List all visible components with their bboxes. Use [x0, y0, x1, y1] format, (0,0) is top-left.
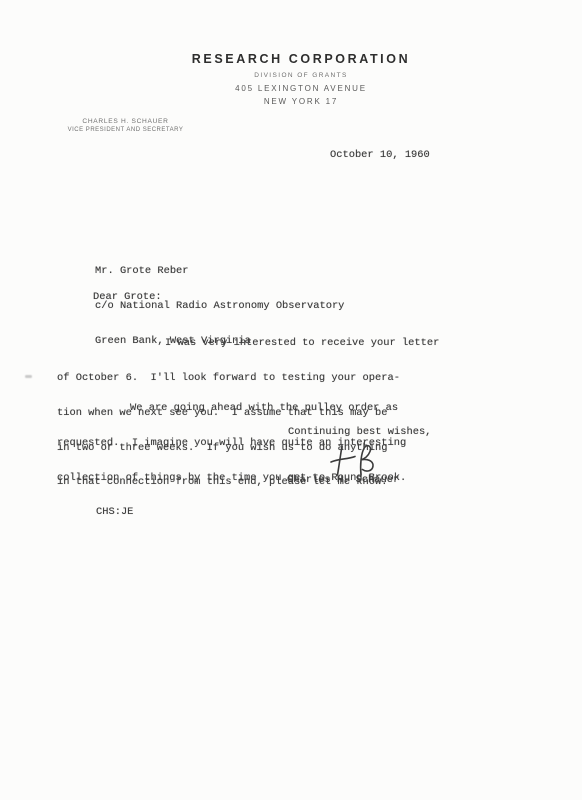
officer-title: VICE PRESIDENT AND SECRETARY	[48, 127, 203, 133]
letterhead: RESEARCH CORPORATION DIVISION OF GRANTS …	[0, 52, 582, 106]
division-line: DIVISION OF GRANTS	[20, 72, 582, 79]
date-line: October 10, 1960	[330, 150, 430, 162]
officer-name: CHARLES H. SCHAUER	[48, 118, 203, 125]
officer-block: CHARLES H. SCHAUER VICE PRESIDENT AND SE…	[48, 118, 203, 133]
scan-artifact	[25, 375, 32, 378]
organization-name: RESEARCH CORPORATION	[20, 52, 582, 66]
paragraph-line: I was very interested to receive your le…	[57, 338, 439, 350]
reference-initials: CHS:JE	[96, 507, 133, 519]
street-address: 405 LEXINGTON AVENUE	[20, 84, 582, 93]
closing-line: Continuing best wishes,	[288, 427, 431, 439]
signer-name: Charles H. Schauer	[287, 475, 399, 487]
city-line: NEW YORK 17	[20, 97, 582, 106]
salutation: Dear Grote:	[93, 292, 162, 304]
recipient-name: Mr. Grote Reber	[95, 266, 344, 278]
scanned-letter-page: RESEARCH CORPORATION DIVISION OF GRANTS …	[0, 0, 582, 800]
paragraph-line: We are going ahead with the pulley order…	[57, 403, 406, 415]
